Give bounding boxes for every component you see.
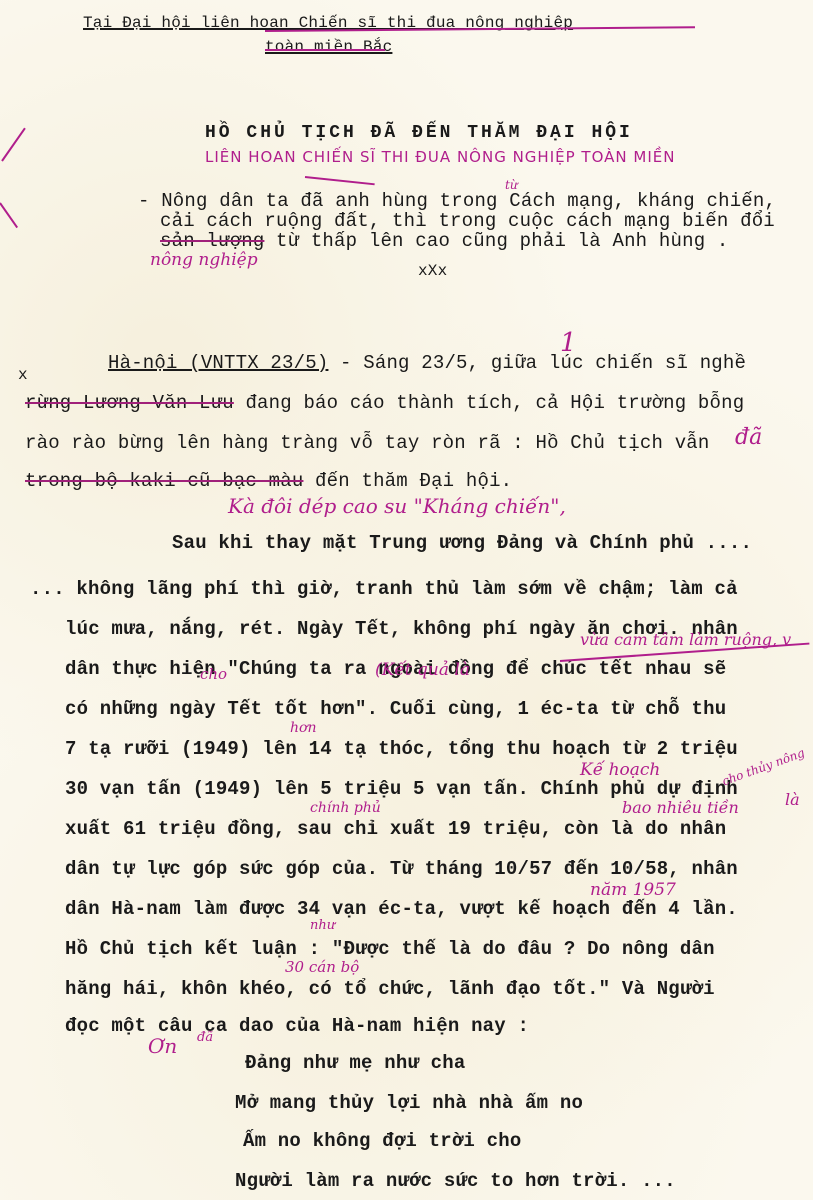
struck-text: trong bộ kaki cũ bạc màu [25,470,303,492]
poem-line-1: Đảng như mẹ như cha [245,1052,465,1074]
para3-line: 30 vạn tấn (1949) lên 5 triệu 5 vạn tấn.… [65,778,738,800]
para3-line: 7 tạ rưỡi (1949) lên 14 tạ thóc, tổng th… [65,738,738,760]
poem-line-3: Ấm no không đợi trời cho [243,1130,521,1152]
annotation-cho: cho [200,665,227,683]
para3-line: dân tự lực góp sức góp của. Từ tháng 10/… [65,858,738,880]
para3-line: dân Hà-nam làm được 34 vạn éc-ta, vượt k… [65,898,738,920]
margin-x-mark: x [18,366,28,384]
subtitle-underline-mark [305,176,375,185]
para1-line-4: trong bộ kaki cũ bạc màu đến thăm Đại hộ… [25,470,512,492]
annotation-khang-chien: Kà đôi dép cao su "Kháng chiến", [228,494,566,518]
lead-line-2: cải cách ruộng đất, thì trong cuộc cách … [160,210,775,232]
margin-stroke-2 [0,202,18,228]
dateline: Hà-nội (VNTTX 23/5) [108,352,328,374]
lead-line-3: sản lượng từ thấp lên cao cũng phải là A… [160,230,729,252]
annotation-nam-1957: năm 1957 [590,880,676,900]
struck-text: rừng Lương-Văn-Lưu [25,392,234,414]
lead-line-1: - Nông dân ta đã anh hùng trong Cách mạn… [138,190,776,212]
annotation-chinh-phu: chính phủ [310,800,381,816]
annotation-da-2: đã [197,1030,213,1045]
annotation-ke-hoach: Kế hoạch [580,760,660,780]
margin-stroke [1,128,26,162]
annotation-nong-nghiep: nông nghiệp [150,250,258,270]
para3-line: hăng hái, khôn khéo, có tổ chức, lãnh đạ… [65,978,715,1000]
header-strike-mark-2 [265,49,385,51]
para3-line: xuất 61 triệu đồng, sau chỉ xuất 19 triệ… [65,818,726,840]
header-line-2: toàn miền Bắc [265,38,392,56]
para2: Sau khi thay mặt Trung ương Đảng và Chín… [172,532,752,554]
annotation-on: Ơn [148,1034,177,1058]
para1-line-1: Hà-nội (VNTTX 23/5) - Sáng 23/5, giữa lú… [108,352,746,374]
page-title: HỒ CHỦ TỊCH ĐÃ ĐẾN THĂM ĐẠI HỘI [205,123,633,143]
handwritten-subtitle: LIÊN HOAN CHIẾN SĨ THI ĐUA NÔNG NGHIỆP T… [205,148,675,166]
para1-line2-rest: đang báo cáo thành tích, cả Hội trường b… [234,392,744,414]
annotation-nhu: như [310,918,335,933]
para1-line-2: rừng Lương-Văn-Lưu đang báo cáo thành tí… [25,392,744,414]
struck-text: sản lượng [160,230,264,252]
separator: xXx [418,262,447,280]
lead-line-3-rest: từ thấp lên cao cũng phải là Anh hùng . [264,230,728,252]
para1-line-3: rào rào bừng lên hàng tràng vỗ tay ròn r… [25,432,710,454]
para3-line: Hồ Chủ tịch kết luận : "Được thế là do đ… [65,938,715,960]
annotation-bao-nhieu-tien: bao nhiêu tiền [622,798,739,817]
annotation-ket-qua-la: (Kết quả là [375,660,470,680]
para1-line1-rest: - Sáng 23/5, giữa lúc chiến sĩ nghề [328,352,746,374]
para3-line: có những ngày Tết tốt hơn". Cuối cùng, 1… [65,698,726,720]
poem-line-4: Người làm ra nước sức to hơn trời. ... [235,1170,676,1192]
annotation-hon: hơn [290,720,316,736]
annotation-30-can-bo: 30 cán bộ [285,958,359,976]
para3-line: ... không lãng phí thì giờ, tranh thủ là… [30,578,738,600]
annotation-la: là [785,790,800,809]
poem-line-2: Mở mang thủy lợi nhà nhà ấm no [235,1092,583,1114]
para3-line: đọc một câu ca dao của Hà-nam hiện nay : [65,1015,529,1037]
annotation-da: đã [735,425,762,450]
para1-line4-rest: đến thăm Đại hội. [303,470,512,492]
